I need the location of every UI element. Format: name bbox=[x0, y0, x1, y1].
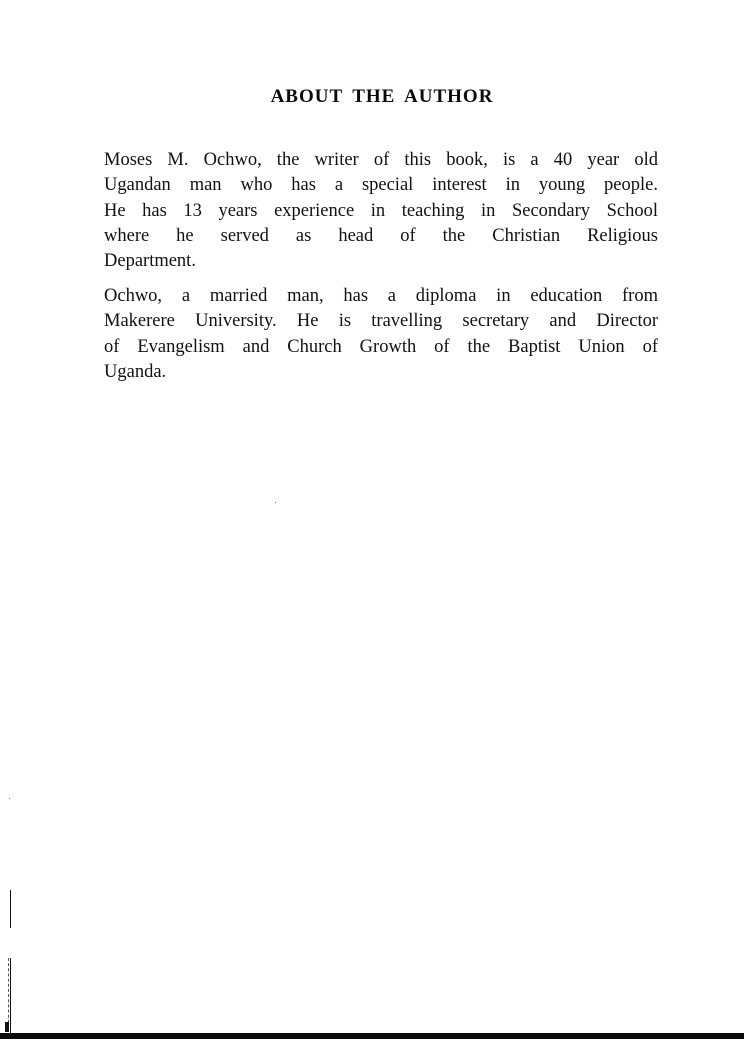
text-line: Moses M. Ochwo, the writer of this book,… bbox=[104, 148, 658, 173]
scan-dashed-mark bbox=[8, 958, 10, 1028]
text-line: He has 13 years experience in teaching i… bbox=[104, 199, 658, 224]
scan-edge-mark bbox=[5, 1022, 9, 1032]
author-bio-paragraph-2: Ochwo, a married man, has a diploma in e… bbox=[104, 284, 658, 385]
text-line: where he served as head of the Christian… bbox=[104, 224, 658, 249]
scan-edge-mark bbox=[10, 890, 11, 928]
text-line: of Evangelism and Church Growth of the B… bbox=[104, 335, 658, 360]
text-line: Ugandan man who has a special interest i… bbox=[104, 173, 658, 198]
text-line: Department. bbox=[104, 249, 658, 274]
scan-speck bbox=[275, 502, 276, 503]
scan-edge-mark bbox=[10, 958, 11, 1033]
scan-bottom-edge bbox=[0, 1033, 744, 1039]
scan-speck bbox=[9, 798, 10, 799]
book-page: ABOUT THE AUTHOR Moses M. Ochwo, the wri… bbox=[0, 0, 744, 1050]
page-title: ABOUT THE AUTHOR bbox=[0, 86, 744, 108]
text-line: Makerere University. He is travelling se… bbox=[104, 309, 658, 334]
author-bio-paragraph-1: Moses M. Ochwo, the writer of this book,… bbox=[104, 148, 658, 274]
text-line: Ochwo, a married man, has a diploma in e… bbox=[104, 284, 658, 309]
text-line: Uganda. bbox=[104, 360, 658, 385]
